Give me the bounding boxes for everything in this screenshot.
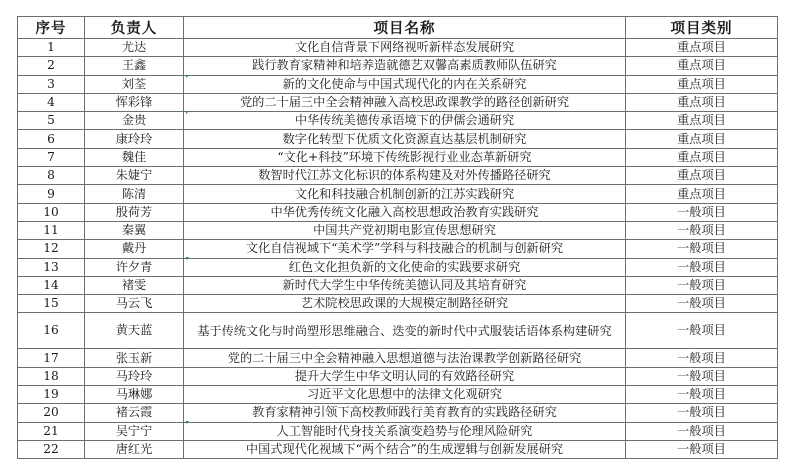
cell-project-category[interactable]: 重点项目 <box>626 185 778 203</box>
table-row: 3刘荃新的文化使命与中国式现代化的内在关系研究重点项目 <box>18 75 778 93</box>
header-owner[interactable]: 负责人 <box>85 17 184 39</box>
cell-project-category[interactable]: 一般项目 <box>626 295 778 313</box>
header-project-category[interactable]: 项目类别 <box>626 17 778 39</box>
table-row: 22唐红光中国式现代化视域下“两个结合”的生成逻辑与创新发展研究一般项目 <box>18 440 778 458</box>
cell-owner[interactable]: 陈清 <box>85 185 184 203</box>
table-row: 12戴丹文化自信视域下“美术学”学科与科技融合的机制与创新研究一般项目 <box>18 240 778 258</box>
cell-serial-number[interactable]: 9 <box>18 185 85 203</box>
cell-project-category[interactable]: 重点项目 <box>626 57 778 75</box>
cell-project-title[interactable]: 文化自信背景下网络视听新样态发展研究 <box>184 39 626 57</box>
cell-project-title[interactable]: “文化+科技”环境下传统影视行业业态革新研究 <box>184 148 626 166</box>
cell-project-category[interactable]: 一般项目 <box>626 367 778 385</box>
cell-serial-number[interactable]: 10 <box>18 203 85 221</box>
cell-owner[interactable]: 戴丹 <box>85 240 184 258</box>
cell-project-category[interactable]: 一般项目 <box>626 313 778 349</box>
cell-owner[interactable]: 王鑫 <box>85 57 184 75</box>
cell-serial-number[interactable]: 22 <box>18 440 85 458</box>
cell-serial-number[interactable]: 11 <box>18 221 85 239</box>
table-row: 7魏佳“文化+科技”环境下传统影视行业业态革新研究重点项目 <box>18 148 778 166</box>
cell-serial-number[interactable]: 8 <box>18 167 85 185</box>
cell-project-category[interactable]: 重点项目 <box>626 130 778 148</box>
cell-serial-number[interactable]: 7 <box>18 148 85 166</box>
cell-serial-number[interactable]: 20 <box>18 404 85 422</box>
cell-project-category[interactable]: 重点项目 <box>626 75 778 93</box>
cell-project-category[interactable]: 一般项目 <box>626 440 778 458</box>
cell-project-category[interactable]: 重点项目 <box>626 93 778 111</box>
cell-project-title[interactable]: 中华传统美德传承语境下的伊儒会通研究 <box>184 112 626 130</box>
cell-project-title[interactable]: 新时代大学生中华传统美德认同及其培育研究 <box>184 276 626 294</box>
table-row: 20褚云霞教育家精神引领下高校教师践行美育教育的实践路径研究一般项目 <box>18 404 778 422</box>
table-row: 21吴宁宁人工智能时代身技关系演变趋势与伦理风险研究一般项目 <box>18 422 778 440</box>
table-row: 11秦翼中国共产党初期电影宣传思想研究一般项目 <box>18 221 778 239</box>
table-header-row: 序号 负责人 项目名称 项目类别 <box>18 17 778 39</box>
cell-project-title[interactable]: 习近平文化思想中的法律文化观研究 <box>184 386 626 404</box>
table-row: 10殷荷芳中华优秀传统文化融入高校思想政治教育实践研究一般项目 <box>18 203 778 221</box>
table-row: 6康玲玲数字化转型下优质文化资源直达基层机制研究重点项目 <box>18 130 778 148</box>
cell-project-title[interactable]: 中华优秀传统文化融入高校思想政治教育实践研究 <box>184 203 626 221</box>
cell-serial-number[interactable]: 3 <box>18 75 85 93</box>
project-table: 序号 负责人 项目名称 项目类别 1尤达文化自信背景下网络视听新样态发展研究重点… <box>17 16 778 459</box>
table-row: 17张玉新党的二十届三中全会精神融入思想道德与法治课教学创新路径研究一般项目 <box>18 349 778 367</box>
table-row: 9陈清文化和科技融合机制创新的江苏实践研究重点项目 <box>18 185 778 203</box>
cell-project-title[interactable]: 提升大学生中华文明认同的有效路径研究 <box>184 367 626 385</box>
table-row: 18马玲玲提升大学生中华文明认同的有效路径研究一般项目 <box>18 367 778 385</box>
cell-project-title[interactable]: 数智时代江苏文化标识的体系构建及对外传播路径研究 <box>184 167 626 185</box>
cell-project-title[interactable]: 人工智能时代身技关系演变趋势与伦理风险研究 <box>184 422 626 440</box>
cell-serial-number[interactable]: 21 <box>18 422 85 440</box>
cell-owner[interactable]: 金贵 <box>85 112 184 130</box>
cell-project-category[interactable]: 重点项目 <box>626 39 778 57</box>
cell-project-category[interactable]: 一般项目 <box>626 404 778 422</box>
cell-project-category[interactable]: 一般项目 <box>626 258 778 276</box>
cell-owner[interactable]: 唐红光 <box>85 440 184 458</box>
table-row: 8朱婕宁数智时代江苏文化标识的体系构建及对外传播路径研究重点项目 <box>18 167 778 185</box>
table-row: 13许夕青红色文化担负新的文化使命的实践要求研究一般项目 <box>18 258 778 276</box>
cell-serial-number[interactable]: 6 <box>18 130 85 148</box>
cell-serial-number[interactable]: 16 <box>18 313 85 349</box>
cell-project-title[interactable]: 基于传统文化与时尚塑形思维融合、迭变的新时代中式服装话语体系构建研究 <box>184 313 626 349</box>
cell-project-title[interactable]: 艺术院校思政课的大规模定制路径研究 <box>184 295 626 313</box>
cell-project-title[interactable]: 新的文化使命与中国式现代化的内在关系研究 <box>184 75 626 93</box>
cell-error-indicator <box>186 75 189 78</box>
cell-owner[interactable]: 马琳娜 <box>85 386 184 404</box>
cell-project-category[interactable]: 一般项目 <box>626 276 778 294</box>
cell-project-category[interactable]: 一般项目 <box>626 422 778 440</box>
cell-owner[interactable]: 尤达 <box>85 39 184 57</box>
cell-project-category[interactable]: 一般项目 <box>626 240 778 258</box>
cell-project-title[interactable]: 党的二十届三中全会精神融入高校思政课教学的路径创新研究 <box>184 93 626 111</box>
cell-owner[interactable]: 恽彩锋 <box>85 93 184 111</box>
cell-owner[interactable]: 马云飞 <box>85 295 184 313</box>
table-row: 1尤达文化自信背景下网络视听新样态发展研究重点项目 <box>18 39 778 57</box>
cell-project-title[interactable]: 中国共产党初期电影宣传思想研究 <box>184 221 626 239</box>
cell-serial-number[interactable]: 15 <box>18 295 85 313</box>
project-list-sheet: 序号 负责人 项目名称 项目类别 1尤达文化自信背景下网络视听新样态发展研究重点… <box>17 16 778 459</box>
table-row: 16黄天蓝基于传统文化与时尚塑形思维融合、迭变的新时代中式服装话语体系构建研究一… <box>18 313 778 349</box>
cell-owner[interactable]: 马玲玲 <box>85 367 184 385</box>
table-row: 5金贵中华传统美德传承语境下的伊儒会通研究重点项目 <box>18 112 778 130</box>
cell-serial-number[interactable]: 17 <box>18 349 85 367</box>
cell-project-title[interactable]: 文化和科技融合机制创新的江苏实践研究 <box>184 185 626 203</box>
cell-owner[interactable]: 刘荃 <box>85 75 184 93</box>
table-row: 15马云飞艺术院校思政课的大规模定制路径研究一般项目 <box>18 295 778 313</box>
cell-owner[interactable]: 殷荷芳 <box>85 203 184 221</box>
cell-owner[interactable]: 康玲玲 <box>85 130 184 148</box>
table-row: 14褚雯新时代大学生中华传统美德认同及其培育研究一般项目 <box>18 276 778 294</box>
cell-owner[interactable]: 褚雯 <box>85 276 184 294</box>
header-project-title[interactable]: 项目名称 <box>184 17 626 39</box>
cell-owner[interactable]: 张玉新 <box>85 349 184 367</box>
table-row: 4恽彩锋党的二十届三中全会精神融入高校思政课教学的路径创新研究重点项目 <box>18 93 778 111</box>
cell-owner[interactable]: 褚云霞 <box>85 404 184 422</box>
cell-error-indicator <box>186 421 189 424</box>
cell-project-title[interactable]: 数字化转型下优质文化资源直达基层机制研究 <box>184 130 626 148</box>
cell-project-category[interactable]: 一般项目 <box>626 386 778 404</box>
cell-serial-number[interactable]: 4 <box>18 93 85 111</box>
table-row: 2王鑫践行教育家精神和培养造就德艺双馨高素质教师队伍研究重点项目 <box>18 57 778 75</box>
cell-project-category[interactable]: 一般项目 <box>626 221 778 239</box>
table-row: 19马琳娜习近平文化思想中的法律文化观研究一般项目 <box>18 386 778 404</box>
cell-project-title[interactable]: 教育家精神引领下高校教师践行美育教育的实践路径研究 <box>184 404 626 422</box>
cell-project-category[interactable]: 一般项目 <box>626 349 778 367</box>
cell-owner[interactable]: 魏佳 <box>85 148 184 166</box>
cell-project-title[interactable]: 中国式现代化视域下“两个结合”的生成逻辑与创新发展研究 <box>184 440 626 458</box>
cell-serial-number[interactable]: 18 <box>18 367 85 385</box>
cell-owner[interactable]: 黄天蓝 <box>85 313 184 349</box>
cell-project-title[interactable]: 党的二十届三中全会精神融入思想道德与法治课教学创新路径研究 <box>184 349 626 367</box>
cell-project-category[interactable]: 一般项目 <box>626 203 778 221</box>
cell-project-title[interactable]: 红色文化担负新的文化使命的实践要求研究 <box>184 258 626 276</box>
cell-serial-number[interactable]: 14 <box>18 276 85 294</box>
cell-error-indicator <box>186 111 189 114</box>
cell-serial-number[interactable]: 19 <box>18 386 85 404</box>
cell-error-indicator <box>186 257 189 260</box>
cell-serial-number[interactable]: 12 <box>18 240 85 258</box>
cell-serial-number[interactable]: 2 <box>18 57 85 75</box>
cell-project-title[interactable]: 文化自信视域下“美术学”学科与科技融合的机制与创新研究 <box>184 240 626 258</box>
cell-project-category[interactable]: 重点项目 <box>626 148 778 166</box>
cell-owner[interactable]: 吴宁宁 <box>85 422 184 440</box>
cell-serial-number[interactable]: 5 <box>18 112 85 130</box>
cell-owner[interactable]: 秦翼 <box>85 221 184 239</box>
cell-project-title[interactable]: 践行教育家精神和培养造就德艺双馨高素质教师队伍研究 <box>184 57 626 75</box>
header-serial-number[interactable]: 序号 <box>18 17 85 39</box>
cell-serial-number[interactable]: 1 <box>18 39 85 57</box>
cell-project-category[interactable]: 重点项目 <box>626 112 778 130</box>
cell-owner[interactable]: 朱婕宁 <box>85 167 184 185</box>
cell-project-category[interactable]: 重点项目 <box>626 167 778 185</box>
cell-serial-number[interactable]: 13 <box>18 258 85 276</box>
cell-owner[interactable]: 许夕青 <box>85 258 184 276</box>
